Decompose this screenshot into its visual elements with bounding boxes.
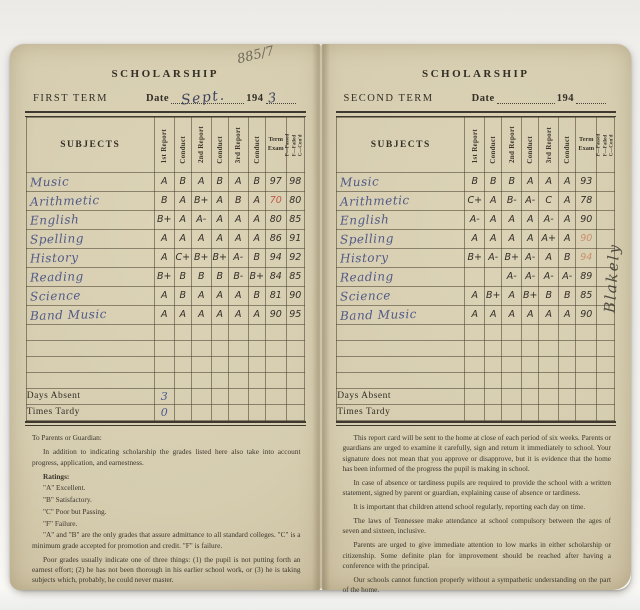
grade-cell: A (522, 172, 539, 191)
empty-cell (211, 356, 228, 372)
subject-row: ArithmeticC+AB-A-CA78 (337, 191, 615, 210)
empty-cell (174, 324, 191, 340)
empty-cell (191, 324, 211, 340)
empty-cell (265, 388, 286, 404)
grade-cell: A (228, 172, 248, 191)
notes-paragraph: Our schools cannot function properly wit… (343, 575, 612, 596)
empty-cell (26, 356, 154, 372)
subject-name: Arithmetic (27, 193, 100, 209)
col-header-conduct-3: Conduct (248, 117, 265, 172)
term-label-right: SECOND TERM (344, 93, 434, 104)
empty-cell (26, 324, 154, 340)
rating-item-a: "A" Excellent. (32, 483, 301, 493)
empty-cell (485, 372, 502, 388)
subject-name: Science (27, 288, 81, 303)
empty-cell (597, 404, 615, 420)
grade-cell: B+ (465, 248, 485, 267)
grade-cell: A (211, 191, 228, 210)
subject-cell: English (26, 210, 154, 229)
subject-cell: English (337, 210, 465, 229)
date-label-left: Date (146, 93, 169, 104)
grade-cell: A- (522, 191, 539, 210)
empty-cell (154, 324, 174, 340)
year-dotted-line-right (576, 92, 606, 104)
empty-cell (211, 372, 228, 388)
grade-cell: A (559, 305, 576, 324)
grade-cell: B (191, 267, 211, 286)
rating-item-b: "B" Satisfactory. (32, 495, 301, 505)
rating-item-f: "F" Failure. (32, 519, 301, 529)
grade-cell: C+ (174, 248, 191, 267)
empty-cell (502, 404, 522, 420)
grade-cell: A- (465, 210, 485, 229)
term-exam-cell: 78 (576, 191, 597, 210)
empty-row (337, 324, 615, 340)
grade-cell: A (522, 305, 539, 324)
grade-cell: B+ (154, 210, 174, 229)
grade-cell: A+ (539, 229, 559, 248)
parent-guardian-notes: To Parents or Guardian: In addition to i… (32, 433, 301, 586)
subject-row: HistoryAC+B+B+A-B9492 (26, 248, 304, 267)
col-header-1st-report: 1st Report (465, 117, 485, 172)
empty-cell (465, 356, 485, 372)
grade-cell: B- (502, 191, 522, 210)
empty-cell (539, 404, 559, 420)
empty-cell (26, 372, 154, 388)
final-mark-cell: 92 (286, 248, 304, 267)
empty-cell (248, 356, 265, 372)
date-dotted-line-left: Sept. (171, 92, 244, 104)
subject-row: ArithmeticBAB+ABA7080 (26, 191, 304, 210)
times-tardy-label: Times Tardy (26, 404, 154, 420)
term-exam-cell: 85 (576, 286, 597, 305)
empty-cell (211, 340, 228, 356)
home-notice-notes: This report card will be sent to the hom… (343, 433, 612, 596)
empty-cell (485, 388, 502, 404)
term-exam-cell: 84 (265, 267, 286, 286)
notes-paragraph: This report card will be sent to the hom… (343, 433, 612, 474)
days-absent-label: Days Absent (337, 388, 465, 404)
subject-row: SpellingAAAAAA8691 (26, 229, 304, 248)
grade-cell: A (191, 286, 211, 305)
empty-row (26, 324, 304, 340)
col-header-passed-failed: P—Passed F—Failed C—Con'd (597, 117, 615, 172)
grade-cell: A (191, 305, 211, 324)
term-date-row-right: SECOND TERM Date 194 (344, 92, 609, 104)
subject-cell: Spelling (26, 229, 154, 248)
empty-cell (576, 324, 597, 340)
days-absent-value: 3 (154, 388, 174, 404)
grade-cell: A (559, 210, 576, 229)
notes-paragraph: In case of absence or tardiness pupils a… (343, 478, 612, 499)
grade-cell: B+ (154, 267, 174, 286)
subjects-header-right: SUBJECTS (337, 117, 465, 172)
table-bottom-divider-left (25, 421, 306, 427)
grades-table-first-term: SUBJECTS 1st Report Conduct 2nd Report C… (26, 117, 305, 421)
empty-cell (211, 324, 228, 340)
grade-cell: B+ (485, 286, 502, 305)
grade-cell: A (465, 286, 485, 305)
grade-cell: A- (191, 210, 211, 229)
grade-cell: A (465, 229, 485, 248)
empty-cell (539, 388, 559, 404)
grade-cell: A (211, 210, 228, 229)
grade-cell: B+ (211, 248, 228, 267)
grade-cell: B (211, 267, 228, 286)
grade-cell: A (485, 210, 502, 229)
subject-name: Science (337, 288, 391, 303)
subject-name: Band Music (337, 306, 417, 322)
subject-row: EnglishB+AA-AAA8085 (26, 210, 304, 229)
empty-cell (337, 372, 465, 388)
grade-cell: A (502, 305, 522, 324)
times-tardy-row: Times Tardy 0 (26, 404, 304, 420)
empty-row (26, 356, 304, 372)
empty-cell (465, 324, 485, 340)
empty-cell (154, 356, 174, 372)
empty-cell (576, 372, 597, 388)
empty-row (337, 372, 615, 388)
grade-cell: A- (485, 248, 502, 267)
grade-cell: B (465, 172, 485, 191)
empty-cell (337, 356, 465, 372)
grade-cell: B (248, 248, 265, 267)
notes-paragraph: It is important that children attend sch… (343, 502, 612, 512)
term-exam-cell: 94 (265, 248, 286, 267)
grade-cell: A (211, 286, 228, 305)
grade-cell: A (465, 305, 485, 324)
times-tardy-value (465, 404, 485, 420)
handwritten-year: 3 (267, 90, 279, 106)
subject-row: SpellingAAAAA+A90 (337, 229, 615, 248)
page-title-left: SCHOLARSHIP (23, 68, 308, 80)
grade-cell (465, 267, 485, 286)
grade-cell: A (539, 172, 559, 191)
grade-cell: A (522, 210, 539, 229)
term-exam-cell: 94 (576, 248, 597, 267)
subjects-header-left: SUBJECTS (26, 117, 154, 172)
notes-paragraph: Poor grades usually indicate one of thre… (32, 555, 301, 586)
col-header-conduct-1: Conduct (174, 117, 191, 172)
empty-cell (228, 388, 248, 404)
attendance-body-left: Days Absent 3 Times Tardy 0 (26, 388, 304, 420)
term-exam-cell: 90 (576, 229, 597, 248)
grade-cell: A (228, 286, 248, 305)
empty-cell (174, 356, 191, 372)
notes-paragraph: Parents are urged to give immediate atte… (343, 540, 612, 571)
empty-cell (286, 372, 304, 388)
col-header-conduct-2: Conduct (522, 117, 539, 172)
grade-cell: A (559, 191, 576, 210)
grade-cell: B (559, 248, 576, 267)
empty-cell (228, 324, 248, 340)
empty-cell (174, 340, 191, 356)
empty-cell (559, 388, 576, 404)
empty-cell (286, 388, 304, 404)
empty-cell (559, 372, 576, 388)
empty-cell (576, 340, 597, 356)
subject-name: Spelling (337, 231, 394, 246)
empty-cell (248, 404, 265, 420)
subject-cell: Arithmetic (337, 191, 465, 210)
grade-cell: B (174, 267, 191, 286)
empty-cell (191, 388, 211, 404)
grade-cell: B- (228, 267, 248, 286)
empty-cell (559, 404, 576, 420)
grade-cell: A (191, 172, 211, 191)
empty-cell (522, 372, 539, 388)
subject-name: Music (27, 174, 70, 189)
grade-cell: A (228, 229, 248, 248)
empty-cell (485, 340, 502, 356)
grade-cell: B+ (502, 248, 522, 267)
report-card-page-first-term: 885/7 SCHOLARSHIP FIRST TERM Date Sept. … (10, 44, 321, 590)
grade-cell: B (539, 286, 559, 305)
empty-cell (559, 324, 576, 340)
empty-cell (522, 404, 539, 420)
empty-cell (559, 340, 576, 356)
grade-cell: A- (502, 267, 522, 286)
final-mark-cell: 90 (286, 286, 304, 305)
empty-cell (539, 340, 559, 356)
term-label-left: FIRST TERM (33, 93, 108, 104)
days-absent-value (465, 388, 485, 404)
subject-name: Reading (337, 269, 394, 284)
grade-cell: A (154, 305, 174, 324)
empty-cell (248, 388, 265, 404)
subject-name: History (27, 250, 79, 265)
empty-cell (265, 340, 286, 356)
subject-row: EnglishA-AAAA-A90 (337, 210, 615, 229)
subject-row: ScienceAB+AB+BB85 (337, 286, 615, 305)
subject-row: Band MusicAAAAAA90 (337, 305, 615, 324)
final-mark-cell: 85 (286, 267, 304, 286)
subject-name: English (337, 212, 390, 227)
subject-cell: Science (337, 286, 465, 305)
empty-cell (191, 404, 211, 420)
empty-cell (522, 324, 539, 340)
term-exam-cell: 90 (576, 305, 597, 324)
term-exam-cell: 80 (265, 210, 286, 229)
empty-cell (248, 324, 265, 340)
grade-cell: B (559, 286, 576, 305)
grade-cell: B (174, 286, 191, 305)
empty-cell (211, 404, 228, 420)
empty-cell (286, 340, 304, 356)
times-tardy-label: Times Tardy (337, 404, 465, 420)
grade-cell: A (228, 305, 248, 324)
empty-cell (522, 356, 539, 372)
term-exam-cell: 70 (265, 191, 286, 210)
grade-cell: B (154, 191, 174, 210)
final-mark-cell: 85 (286, 210, 304, 229)
grade-cell: C+ (465, 191, 485, 210)
handwritten-ledger-number: 885/7 (236, 44, 276, 68)
days-absent-row: Days Absent (337, 388, 615, 404)
col-header-conduct-3: Conduct (559, 117, 576, 172)
subject-name: History (337, 250, 389, 265)
grades-table-second-term: SUBJECTS 1st Report Conduct 2nd Report C… (336, 117, 615, 421)
term-date-row-left: FIRST TERM Date Sept. 194 3 (33, 92, 298, 104)
grade-cell: B (485, 172, 502, 191)
subject-cell: Band Music (337, 305, 465, 324)
grade-cell: B (502, 172, 522, 191)
empty-cell (228, 372, 248, 388)
grade-cell: A (248, 229, 265, 248)
subject-row: ScienceABAAAB8190 (26, 286, 304, 305)
year-dotted-line-left: 3 (266, 92, 296, 104)
subject-name: Arithmetic (337, 193, 410, 209)
grade-cell: A (174, 210, 191, 229)
notes-heading: To Parents or Guardian: (32, 433, 301, 443)
empty-cell (576, 388, 597, 404)
term-exam-cell: 89 (576, 267, 597, 286)
col-header-2nd-report: 2nd Report (502, 117, 522, 172)
empty-cell (191, 356, 211, 372)
grade-cell: A (154, 229, 174, 248)
final-mark-cell: 95 (286, 305, 304, 324)
empty-cell (228, 356, 248, 372)
grade-cell: B (211, 172, 228, 191)
empty-cell (286, 356, 304, 372)
subject-name: Spelling (27, 231, 84, 246)
empty-cell (502, 388, 522, 404)
col-header-term-exam: Term Exam (576, 117, 597, 172)
term-exam-cell: 86 (265, 229, 286, 248)
grade-cell (485, 267, 502, 286)
empty-cell (522, 340, 539, 356)
notes-paragraph: The laws of Tennessee make attendance at… (343, 516, 612, 537)
term-exam-cell: 90 (265, 305, 286, 324)
empty-cell (485, 404, 502, 420)
empty-cell (191, 372, 211, 388)
grade-cell: A (228, 210, 248, 229)
grade-cell: B+ (522, 286, 539, 305)
empty-cell (465, 372, 485, 388)
times-tardy-value: 0 (154, 404, 174, 420)
grade-cell: A (539, 248, 559, 267)
subject-row: MusicABABAB9798 (26, 172, 304, 191)
empty-row (26, 340, 304, 356)
empty-cell (559, 356, 576, 372)
empty-cell (485, 324, 502, 340)
subject-row: HistoryB+A-B+A-AB94 (337, 248, 615, 267)
grade-cell: A- (559, 267, 576, 286)
final-mark-cell: 98 (286, 172, 304, 191)
grade-cell: A- (539, 267, 559, 286)
empty-cell (228, 340, 248, 356)
empty-cell (174, 404, 191, 420)
date-label-right: Date (472, 93, 495, 104)
col-header-passed-failed: P—Passed F—Failed C—Con'd (286, 117, 304, 172)
report-card: 885/7 SCHOLARSHIP FIRST TERM Date Sept. … (10, 44, 631, 590)
grade-cell: A (485, 191, 502, 210)
grade-cell: B (248, 286, 265, 305)
term-exam-cell: 97 (265, 172, 286, 191)
grade-cell: C (539, 191, 559, 210)
subject-row: ReadingB+BBBB-B+8485 (26, 267, 304, 286)
grade-cell: A (174, 191, 191, 210)
term-exam-cell: 81 (265, 286, 286, 305)
empty-cell (154, 340, 174, 356)
empty-cell (228, 404, 248, 420)
grade-cell: A (211, 229, 228, 248)
page-title-right: SCHOLARSHIP (334, 68, 619, 80)
empty-cell (502, 372, 522, 388)
grade-cell: A (154, 286, 174, 305)
grade-cell: A (502, 286, 522, 305)
grade-cell: B (248, 172, 265, 191)
grade-cell: A (539, 305, 559, 324)
empty-cell (265, 404, 286, 420)
empty-cell (265, 324, 286, 340)
grade-cell: A- (522, 248, 539, 267)
subject-row: ReadingA-A-A-A-89 (337, 267, 615, 286)
empty-cell (174, 388, 191, 404)
col-header-conduct-1: Conduct (485, 117, 502, 172)
subject-name: Music (337, 174, 380, 189)
grade-cell: A (191, 229, 211, 248)
table-header-row-left: SUBJECTS 1st Report Conduct 2nd Report C… (26, 117, 304, 172)
grade-cell: B+ (248, 267, 265, 286)
grade-cell: A (248, 191, 265, 210)
grade-cell: A- (522, 267, 539, 286)
times-tardy-row: Times Tardy (337, 404, 615, 420)
grade-cell: A (154, 172, 174, 191)
empty-cell (576, 356, 597, 372)
empty-cell (337, 340, 465, 356)
grades-body-left: MusicABABAB9798ArithmeticBAB+ABA7080Engl… (26, 172, 304, 388)
grade-cell: A (502, 210, 522, 229)
rating-item-c: "C" Poor but Passing. (32, 507, 301, 517)
grade-cell: A- (539, 210, 559, 229)
grade-cell: A (502, 229, 522, 248)
subject-row: Band MusicAAAAAA9095 (26, 305, 304, 324)
term-exam-cell: 93 (576, 172, 597, 191)
empty-cell (248, 340, 265, 356)
final-mark-cell: 91 (286, 229, 304, 248)
final-mark-cell: 80 (286, 191, 304, 210)
grade-cell: A (559, 172, 576, 191)
grade-cell: A (485, 229, 502, 248)
col-header-2nd-report: 2nd Report (191, 117, 211, 172)
grade-cell: A (154, 248, 174, 267)
subject-name: Reading (27, 269, 84, 284)
subject-cell: Science (26, 286, 154, 305)
subject-name: English (27, 212, 80, 227)
grade-cell: A (248, 210, 265, 229)
empty-cell (539, 372, 559, 388)
date-dotted-line-right (497, 92, 555, 104)
notes-paragraph: In addition to indicating scholarship th… (32, 447, 301, 468)
grade-cell: A (522, 229, 539, 248)
subject-row: MusicBBBAAA93 (337, 172, 615, 191)
empty-cell (154, 372, 174, 388)
empty-cell (502, 324, 522, 340)
col-header-3rd-report: 3rd Report (228, 117, 248, 172)
empty-cell (26, 340, 154, 356)
col-header-term-exam: Term Exam (265, 117, 286, 172)
empty-cell (286, 324, 304, 340)
empty-cell (286, 404, 304, 420)
year-prefix-left: 194 (246, 93, 263, 104)
subject-cell: Spelling (337, 229, 465, 248)
grade-cell: A (559, 229, 576, 248)
subject-cell: Music (337, 172, 465, 191)
grade-cell: A (248, 305, 265, 324)
report-card-page-second-term: SCHOLARSHIP SECOND TERM Date 194 SUBJECT… (321, 44, 632, 590)
empty-cell (211, 388, 228, 404)
